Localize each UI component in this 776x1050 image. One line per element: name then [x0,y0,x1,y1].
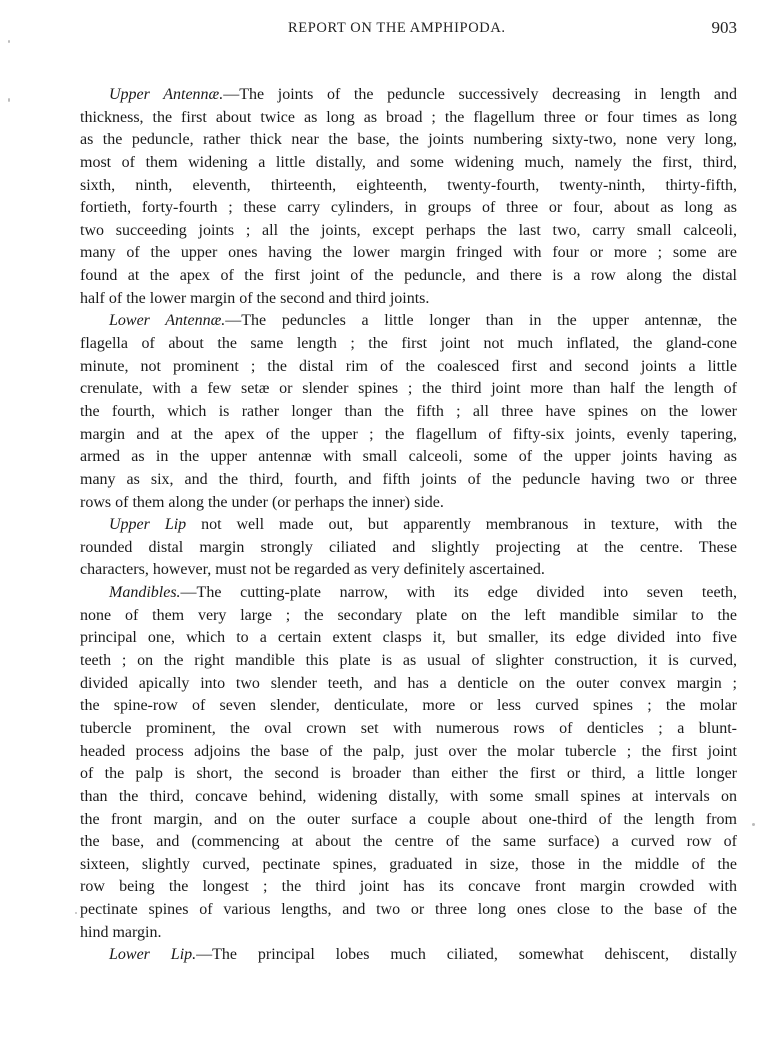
text-line: many of the upper ones having the lower … [80,244,737,267]
paragraph-upper-lip: Upper Lip not well made out, but apparen… [80,516,737,584]
text-line: armed as in the upper antennæ with small… [80,448,737,471]
text-line: principal one, which to a certain extent… [80,629,737,652]
text-line: divided apically into two slender teeth,… [80,675,737,698]
text-line: sixth, ninth, eleventh, thirteenth, eigh… [80,177,737,200]
text-line: none of them very large ; the secondary … [80,607,737,630]
page-number: 903 [712,18,738,38]
scan-speck [752,823,755,826]
section-heading: Mandibles. [109,584,181,601]
text-line: flagella of about the same length ; the … [80,335,737,358]
text-line: Lower Lip.—The principal lobes much cili… [80,946,737,969]
paragraph-upper-antennae: Upper Antennæ.—The joints of the peduncl… [80,86,737,312]
text-line: as the peduncle, rather thick near the b… [80,131,737,154]
text-line: Lower Antennæ.—The peduncles a little lo… [80,312,737,335]
running-title: REPORT ON THE AMPHIPODA. [288,20,506,37]
paragraph-lower-antennae: Lower Antennæ.—The peduncles a little lo… [80,312,737,516]
scan-speck [75,912,77,914]
text-line: hind margin. [80,924,737,947]
text-line: crenulate, with a few setæ or slender sp… [80,380,737,403]
text-line: thickness, the first about twice as long… [80,109,737,132]
paragraph-lower-lip: Lower Lip.—The principal lobes much cili… [80,946,737,969]
text-line: two succeeding joints ; all the joints, … [80,222,737,245]
text-line: most of them widening a little distally,… [80,154,737,177]
page-header: REPORT ON THE AMPHIPODA. 903 [0,18,776,42]
text-line: the base, and (commencing at about the c… [80,833,737,856]
section-heading: Lower Antennæ. [109,312,225,329]
text-line: the fourth, which is rather longer than … [80,403,737,426]
paragraph-mandibles: Mandibles.—The cutting-plate narrow, wit… [80,584,737,946]
text-line: fortieth, forty-fourth ; these carry cyl… [80,199,737,222]
text-line: Upper Antennæ.—The joints of the peduncl… [80,86,737,109]
text-line: sixteen, slightly curved, pectinate spin… [80,856,737,879]
text-line: Upper Lip not well made out, but apparen… [80,516,737,539]
scan-speck [8,40,10,43]
text-line: the front margin, and on the outer surfa… [80,811,737,834]
section-heading: Upper Antennæ. [109,86,223,103]
text-line: margin and at the apex of the upper ; th… [80,426,737,449]
section-heading: Upper Lip [109,516,186,533]
text-line: characters, however, must not be regarde… [80,561,737,584]
text-line: found at the apex of the first joint of … [80,267,737,290]
text-line: rows of them along the under (or perhaps… [80,494,737,517]
text-line: tubercle prominent, the oval crown set w… [80,720,737,743]
text-line: Mandibles.—The cutting-plate narrow, wit… [80,584,737,607]
section-heading: Lower Lip. [109,946,196,963]
text-line: rounded distal margin strongly ciliated … [80,539,737,562]
text-line: many as six, and the third, fourth, and … [80,471,737,494]
text-line: the spine-row of seven slender, denticul… [80,697,737,720]
body-text: Upper Antennæ.—The joints of the peduncl… [80,86,737,969]
text-line: than the third, concave behind, widening… [80,788,737,811]
text-line: teeth ; on the right mandible this plate… [80,652,737,675]
text-line: of the palp is short, the second is broa… [80,765,737,788]
text-line: pectinate spines of various lengths, and… [80,901,737,924]
text-line: minute, not prominent ; the distal rim o… [80,358,737,381]
scan-speck [8,98,10,102]
text-line: half of the lower margin of the second a… [80,290,737,313]
text-line: headed process adjoins the base of the p… [80,743,737,766]
text-line: row being the longest ; the third joint … [80,878,737,901]
